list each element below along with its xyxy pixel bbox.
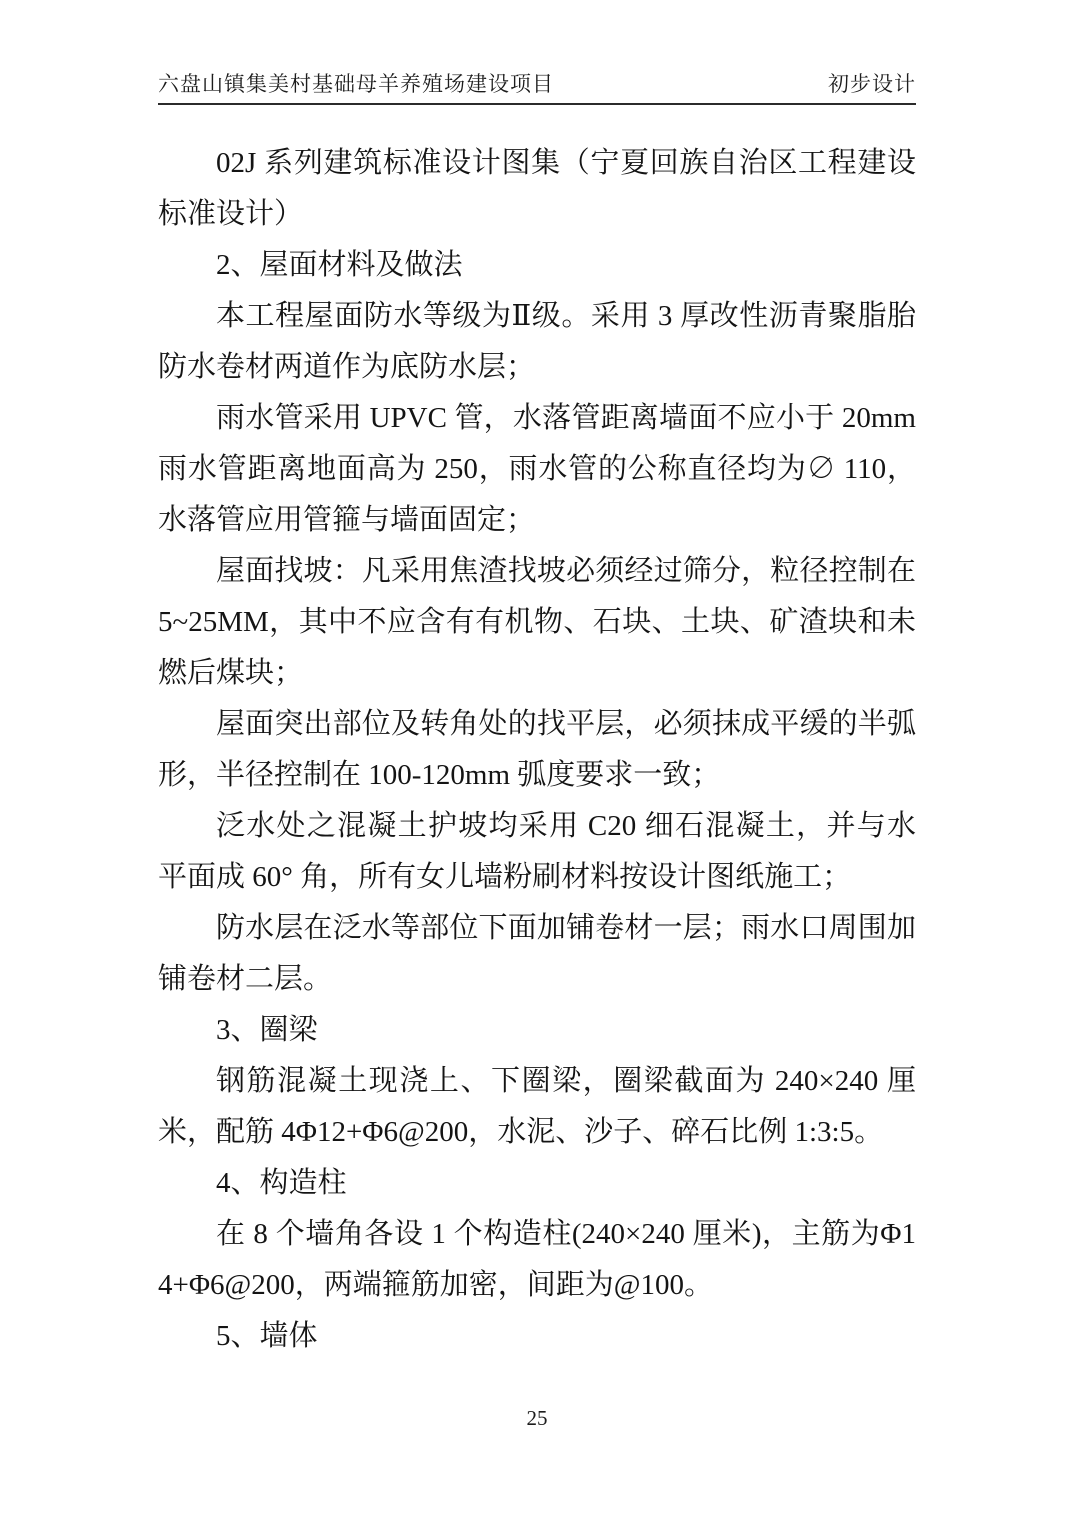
- header-project-title: 六盘山镇集美村基础母羊养殖场建设项目: [158, 72, 554, 96]
- page-footer: 25: [0, 1406, 1074, 1431]
- header-doc-stage: 初步设计: [828, 72, 916, 96]
- para-leveling-layer: 屋面突出部位及转角处的找平层，必须抹成平缓的半弧形，半径控制在 100-120m…: [158, 699, 916, 801]
- para-structural-column-detail: 在 8 个墙角各设 1 个构造柱(240×240 厘米)，主筋为Φ14+Φ6@2…: [158, 1209, 916, 1311]
- para-roof-slope: 屋面找坡：凡采用焦渣找坡必须经过筛分，粒径控制在 5~25MM，其中不应含有有机…: [158, 546, 916, 699]
- heading-ring-beam: 3、圈梁: [158, 1005, 916, 1056]
- page-number: 25: [527, 1406, 548, 1430]
- heading-structural-column: 4、构造柱: [158, 1158, 916, 1209]
- page-header: 六盘山镇集美村基础母羊养殖场建设项目 初步设计: [158, 72, 916, 105]
- para-flashing-concrete: 泛水处之混凝土护坡均采用 C20 细石混凝土，并与水平面成 60° 角，所有女儿…: [158, 801, 916, 903]
- heading-roof-materials: 2、屋面材料及做法: [158, 240, 916, 291]
- para-waterproof-extra-layers: 防水层在泛水等部位下面加铺卷材一层；雨水口周围加铺卷材二层。: [158, 903, 916, 1005]
- document-body: 02J 系列建筑标准设计图集（宁夏回族自治区工程建设标准设计） 2、屋面材料及做…: [158, 138, 916, 1362]
- para-waterproofing-grade: 本工程屋面防水等级为Ⅱ级。采用 3 厚改性沥青聚脂胎防水卷材两道作为底防水层；: [158, 291, 916, 393]
- para-rainwater-pipe: 雨水管采用 UPVC 管，水落管距离墙面不应小于 20mm 雨水管距离地面高为 …: [158, 393, 916, 546]
- para-ring-beam-detail: 钢筋混凝土现浇上、下圈梁，圈梁截面为 240×240 厘米，配筋 4Φ12+Φ6…: [158, 1056, 916, 1158]
- para-design-atlas: 02J 系列建筑标准设计图集（宁夏回族自治区工程建设标准设计）: [158, 138, 916, 240]
- heading-wall: 5、墙体: [158, 1311, 916, 1362]
